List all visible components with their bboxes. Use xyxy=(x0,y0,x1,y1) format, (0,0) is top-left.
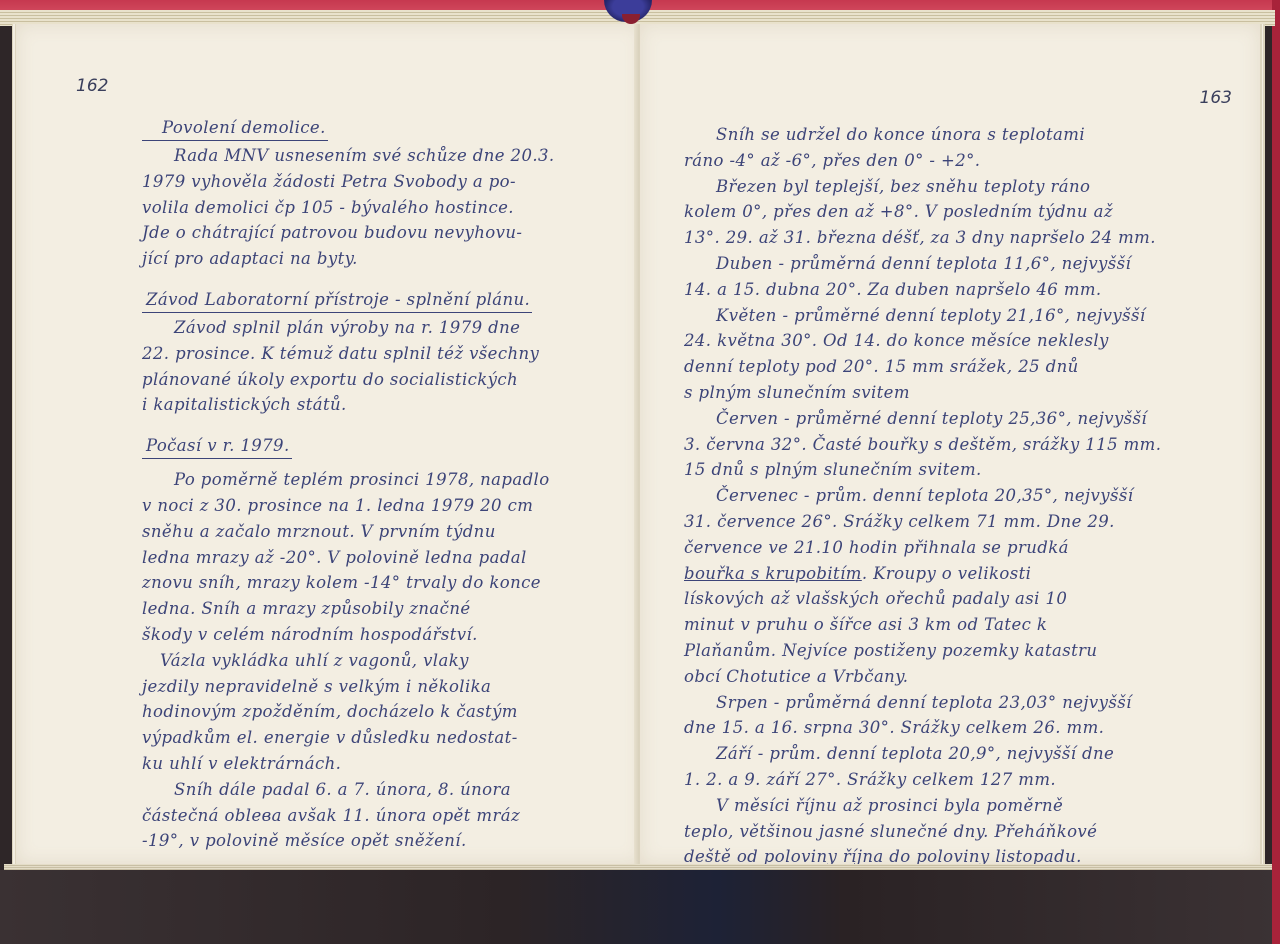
text-line: Červen - průměrné denní teploty 25,36°, … xyxy=(684,406,1204,432)
page-edges-bottom xyxy=(4,864,1272,870)
right-page: 163 Sníh se udržel do konce února s tepl… xyxy=(640,24,1265,864)
text-line: lískových až vlašských ořechů padaly asi… xyxy=(684,586,1204,612)
text-line: Plaňanům. Nejvíce postiženy pozemky kata… xyxy=(684,638,1204,664)
text-line: 14. a 15. dubna 20°. Za duben napršelo 4… xyxy=(684,277,1204,303)
text-line: výpadkům el. energie v důsledku nedostat… xyxy=(142,725,612,751)
text-line: 1. 2. a 9. září 27°. Srážky celkem 127 m… xyxy=(684,767,1204,793)
text-line: 15 dnů s plným slunečním svitem. xyxy=(684,457,1204,483)
text-line: Závod splnil plán výroby na r. 1979 dne xyxy=(142,315,612,341)
text-line: Po poměrně teplém prosinci 1978, napadlo xyxy=(142,467,612,493)
section-heading-weather-1979: Počasí v r. 1979. xyxy=(142,432,292,459)
text-line: denní teploty pod 20°. 15 mm srážek, 25 … xyxy=(684,354,1204,380)
text-line: -19°, v polovině měsíce opět sněžení. xyxy=(142,828,612,854)
text-line: Duben - průměrná denní teplota 11,6°, ne… xyxy=(684,251,1204,277)
text-line: 24. května 30°. Od 14. do konce měsíce n… xyxy=(684,328,1204,354)
text-line: V měsíci říjnu až prosinci byla poměrně xyxy=(684,793,1204,819)
text-line: Březen byl teplejší, bez sněhu teploty r… xyxy=(684,174,1204,200)
text-line: Vázla vykládka uhlí z vagonů, vlaky xyxy=(142,648,612,674)
text-line: Září - prům. denní teplota 20,9°, nejvyš… xyxy=(684,741,1204,767)
text-line: Rada MNV usnesením své schůze dne 20.3. xyxy=(142,143,612,169)
underlined-phrase: bouřka s krupobitím xyxy=(684,564,862,583)
text-line: škody v celém národním hospodářství. xyxy=(142,622,612,648)
right-page-content: Sníh se udržel do konce února s teplotam… xyxy=(684,122,1204,870)
text-line: Červenec - prům. denní teplota 20,35°, n… xyxy=(684,483,1204,509)
text-line: Jde o chátrající patrovou budovu nevyhov… xyxy=(142,220,612,246)
text-line: částečná oblева avšak 11. února opět mrá… xyxy=(142,803,612,829)
text-line: jící pro adaptaci na byty. xyxy=(142,246,612,272)
text-line: 3. června 32°. Časté bouřky s deštěm, sr… xyxy=(684,432,1204,458)
page-number-right: 163 xyxy=(1200,88,1232,108)
left-page-content: Povolení demolice. Rada MNV usnesením sv… xyxy=(142,114,612,854)
text-line: minut v pruhu o šířce asi 3 km od Tatec … xyxy=(684,612,1204,638)
text-line: obcí Chotutice a Vrbčany. xyxy=(684,664,1204,690)
text-line: v noci z 30. prosince na 1. ledna 1979 2… xyxy=(142,493,612,519)
text-line: Sníh dále padal 6. a 7. února, 8. února xyxy=(142,777,612,803)
text-line: Květen - průměrné denní teploty 21,16°, … xyxy=(684,303,1204,329)
text-line: volila demolici čp 105 - bývalého hostin… xyxy=(142,195,612,221)
section-heading-factory-plan: Závod Laboratorní přístroje - splnění pl… xyxy=(142,286,532,313)
page-number-left: 162 xyxy=(76,76,108,96)
text-line: sněhu a začalo mrznout. V prvním týdnu xyxy=(142,519,612,545)
text-line: znovu sníh, mrazy kolem -14° trvaly do k… xyxy=(142,570,612,596)
text-line: kolem 0°, přes den až +8°. V posledním t… xyxy=(684,199,1204,225)
text-line: 31. července 26°. Srážky celkem 71 mm. D… xyxy=(684,509,1204,535)
text-line: teplo, většinou jasné slunečné dny. Přeh… xyxy=(684,819,1204,845)
text-line: hodinovým zpožděním, docházelo k častým xyxy=(142,699,612,725)
text-line: plánované úkoly exportu do socialistický… xyxy=(142,367,612,393)
text-line: ledna. Sníh a mrazy způsobily značné xyxy=(142,596,612,622)
desk-surface xyxy=(0,870,1280,944)
text-line: jezdily nepravidelně s velkým i několika xyxy=(142,674,612,700)
text-line: 13°. 29. až 31. března déšť, za 3 dny na… xyxy=(684,225,1204,251)
text-line: ku uhlí v elektrárnách. xyxy=(142,751,612,777)
text-line: ledna mrazy až -20°. V polovině ledna pa… xyxy=(142,545,612,571)
text-line: dne 15. a 16. srpna 30°. Srážky celkem 2… xyxy=(684,715,1204,741)
text-line: Srpen - průměrná denní teplota 23,03° ne… xyxy=(684,690,1204,716)
text-line: s plným slunečním svitem xyxy=(684,380,1204,406)
text-line: 1979 vyhověla žádosti Petra Svobody a po… xyxy=(142,169,612,195)
text-line: 22. prosince. K témuž datu splnil též vš… xyxy=(142,341,612,367)
text-line: ráno -4° až -6°, přes den 0° - +2°. xyxy=(684,148,1204,174)
text-line: července ve 21.10 hodin přihnala se prud… xyxy=(684,535,1204,561)
section-heading-demolition: Povolení demolice. xyxy=(142,114,328,141)
book-cover-right xyxy=(1272,0,1280,944)
text-line-hailstorm: bouřka s krupobitím. Kroupy o velikosti xyxy=(684,561,1204,587)
left-page: 162 Povolení demolice. Rada MNV usnesení… xyxy=(12,24,642,864)
text-line: Sníh se udržel do konce února s teplotam… xyxy=(684,122,1204,148)
text-line: i kapitalistických států. xyxy=(142,392,612,418)
